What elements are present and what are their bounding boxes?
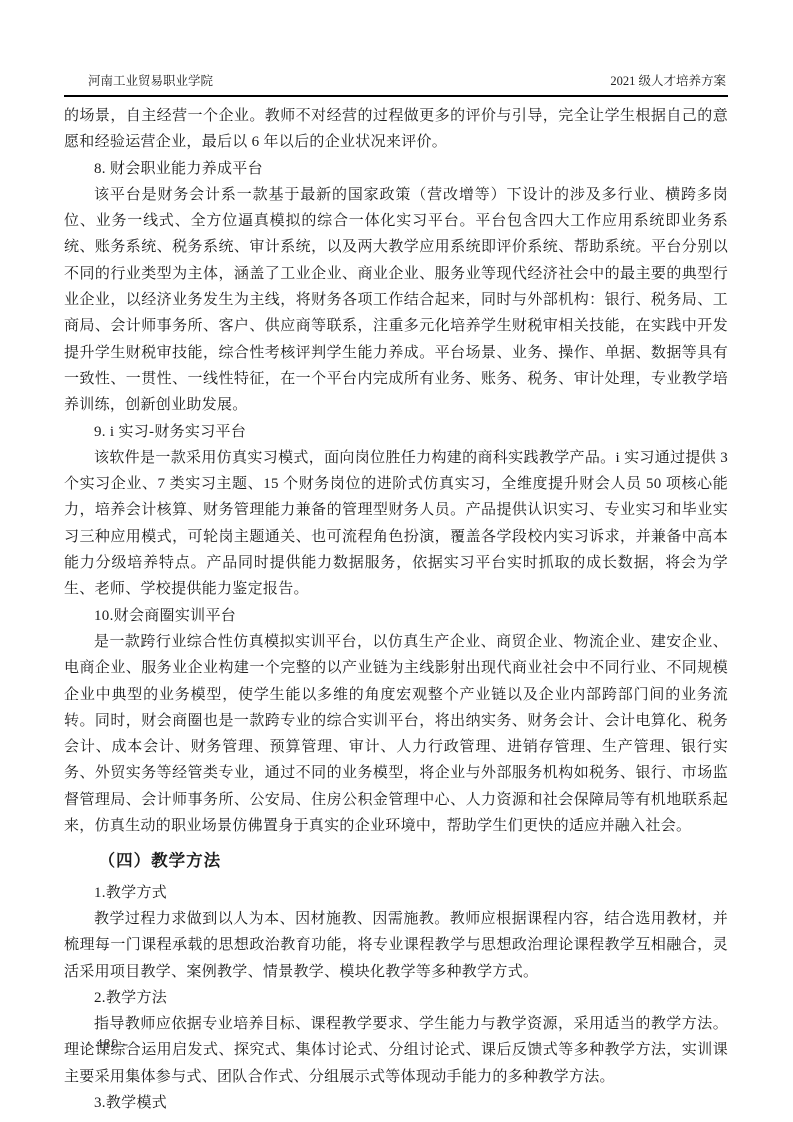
paragraph: 教学过程力求做到以人为本、因材施教、因需施教。教师应根据课程内容，结合选用教材，…: [64, 906, 728, 985]
paragraph: 该平台是财务会计系一款基于最新的国家政策（营改增等）下设计的涉及多行业、横跨多岗…: [64, 182, 728, 419]
paragraph: 的场景，自主经营一个企业。教师不对经营的过程做更多的评价与引导，完全让学生根据自…: [64, 103, 728, 156]
paragraph: 指导教师应依据专业培养目标、课程教学要求、学生能力与教学资源，采用适当的教学方法…: [64, 1011, 728, 1090]
header-plan-title: 2021 级人才培养方案: [610, 71, 728, 89]
document-page: 河南工业贸易职业学院 2021 级人才培养方案 的场景，自主经营一个企业。教师不…: [0, 0, 793, 1122]
numbered-item-heading-9: 9. i 实习-财务实习平台: [64, 419, 728, 445]
page-number: - 480 -: [86, 1036, 129, 1051]
page-footer: - 480 -: [86, 1036, 129, 1052]
section-heading-teaching-methods: （四）教学方法: [64, 848, 728, 874]
numbered-item-heading-8: 8. 财会职业能力养成平台: [64, 156, 728, 182]
paragraph: 该软件是一款采用仿真实习模式，面向岗位胜任力构建的商科实践教学产品。i 实习通过…: [64, 445, 728, 603]
header-divider: [64, 95, 728, 97]
numbered-item-heading-3: 3.教学模式: [64, 1090, 728, 1116]
numbered-item-heading-1: 1.教学方式: [64, 880, 728, 906]
paragraph: 是一款跨行业综合性仿真模拟实训平台，以仿真生产企业、商贸企业、物流企业、建安企业…: [64, 629, 728, 839]
document-body: 的场景，自主经营一个企业。教师不对经营的过程做更多的评价与引导，完全让学生根据自…: [64, 103, 728, 1116]
numbered-item-heading-2: 2.教学方法: [64, 985, 728, 1011]
numbered-item-heading-10: 10.财会商圈实训平台: [64, 603, 728, 629]
page-header: 河南工业贸易职业学院 2021 级人才培养方案: [64, 71, 728, 89]
header-school-name: 河南工业贸易职业学院: [64, 71, 213, 89]
